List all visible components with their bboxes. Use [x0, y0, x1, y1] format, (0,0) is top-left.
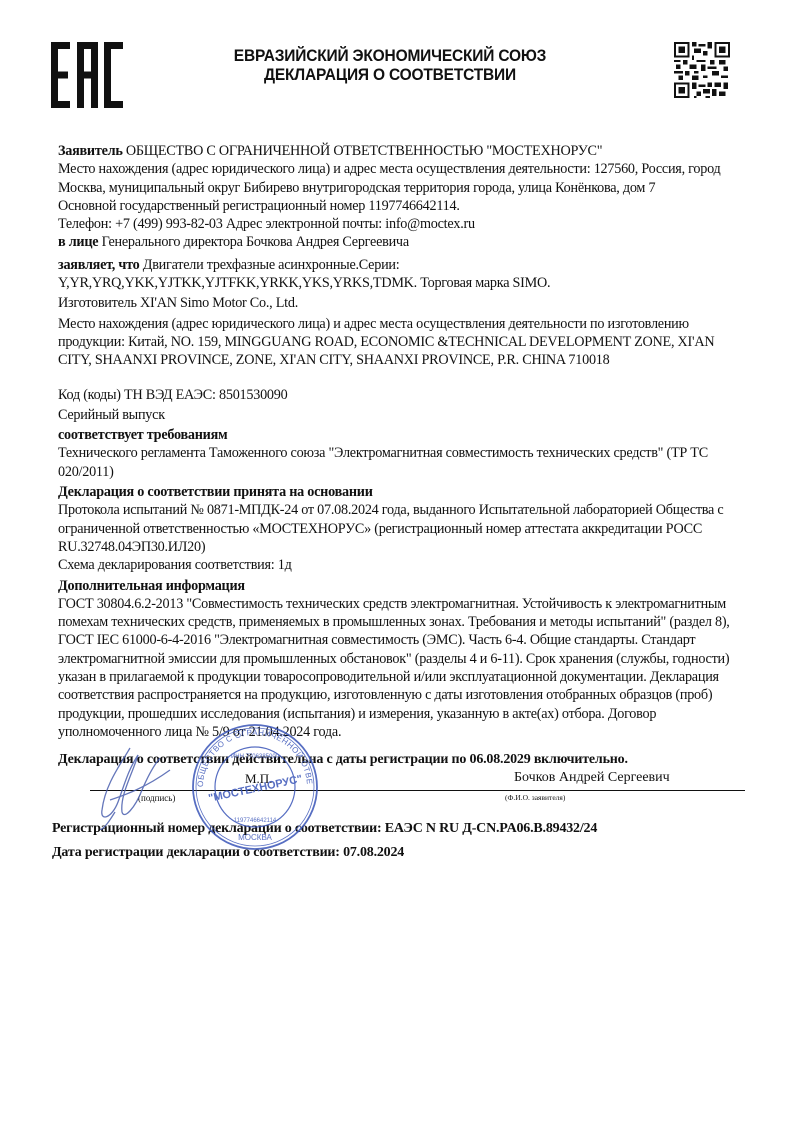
applicant-section: Заявитель ОБЩЕСТВО С ОГРАНИЧЕННОЙ ОТВЕТС… — [58, 142, 748, 160]
signature-caption: (подпись) — [138, 793, 175, 803]
product-name: Двигатели трехфазные асинхронные.Серии: — [143, 257, 400, 273]
release-type: Серийный выпуск — [58, 406, 748, 424]
signature-line — [90, 790, 290, 791]
signer-name: Бочков Андрей Сергеевич — [514, 770, 670, 786]
representative-label: в лице — [58, 234, 98, 250]
declaration-body: Заявитель ОБЩЕСТВО С ОГРАНИЧЕННОЙ ОТВЕТС… — [58, 142, 748, 741]
applicant-contacts: Телефон: +7 (499) 993-82-03 Адрес электр… — [58, 215, 748, 233]
additional-info-label: Дополнительная информация — [58, 578, 245, 594]
applicant-name: ОБЩЕСТВО С ОГРАНИЧЕННОЙ ОТВЕТСТВЕННОСТЬЮ… — [126, 143, 602, 159]
manufacturer: Изготовитель XI'AN Simo Motor Co., Ltd. — [58, 294, 748, 312]
representative: в лице Генерального директора Бочкова Ан… — [58, 233, 748, 251]
qr-code-icon[interactable] — [674, 42, 730, 98]
eac-logo-icon — [51, 42, 123, 108]
basis-label: Декларация о соответствии принята на осн… — [58, 484, 373, 500]
product-series: Y,YR,YRQ,YKK,YJTKK,YJTFKK,YRKK,YKS,YRKS,… — [58, 274, 748, 292]
declaration-scheme: Схема декларирования соответствия: 1д — [58, 556, 748, 574]
applicant-address: Место нахождения (адрес юридического лиц… — [58, 160, 748, 197]
applicant-label: Заявитель — [58, 143, 123, 159]
header-title-line2: ДЕКЛАРАЦИЯ О СООТВЕТСТВИИ — [183, 66, 597, 85]
signer-caption: (Ф.И.О. заявителя) — [505, 793, 565, 802]
applicant-ogrn: Основной государственный регистрационный… — [58, 197, 748, 215]
conformity-text: Технического регламента Таможенного союз… — [58, 444, 748, 481]
tn-ved-code: Код (коды) ТН ВЭД ЕАЭС: 8501530090 — [58, 386, 748, 404]
header-title-line1: ЕВРАЗИЙСКИЙ ЭКОНОМИЧЕСКИЙ СОЮЗ — [183, 47, 597, 66]
seal-place-label: М.П. — [245, 771, 272, 787]
validity-statement: Декларация о соответствии действительна … — [58, 752, 628, 768]
manufacturer-address: Место нахождения (адрес юридического лиц… — [58, 315, 748, 370]
registration-date: Дата регистрации декларации о соответств… — [52, 845, 404, 861]
representative-name: Генерального директора Бочкова Андрея Се… — [102, 234, 409, 250]
additional-info-text: ГОСТ 30804.6.2-2013 "Совместимость техни… — [58, 595, 748, 741]
declares-section: заявляет, что Двигатели трехфазные асинх… — [58, 256, 748, 274]
basis-text: Протокола испытаний № 0871-МПДК-24 от 07… — [58, 501, 748, 556]
name-line — [290, 790, 745, 791]
conformity-label: соответствует требованиям — [58, 427, 227, 443]
document-header: ЕВРАЗИЙСКИЙ ЭКОНОМИЧЕСКИЙ СОЮЗ ДЕКЛАРАЦИ… — [183, 47, 597, 85]
declares-label: заявляет, что — [58, 257, 140, 273]
registration-number: Регистрационный номер декларации о соотв… — [52, 821, 597, 837]
